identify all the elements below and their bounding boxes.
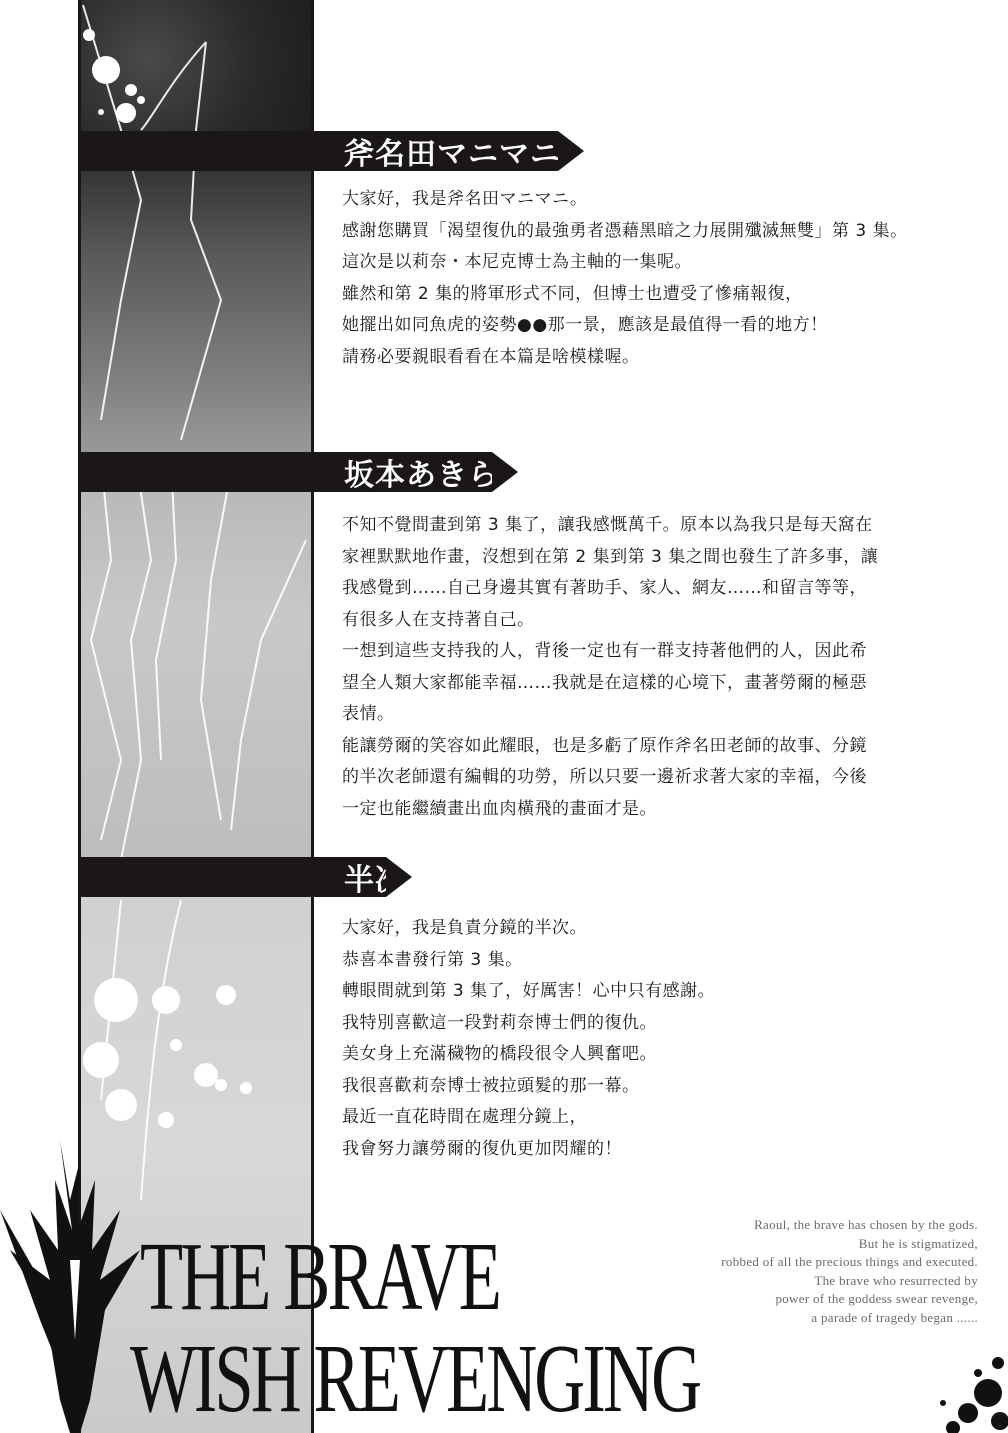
tagline-line: The brave who resurrected by (721, 1272, 978, 1291)
tagline-line: a parade of tragedy began ...... (721, 1309, 978, 1328)
sword-emblem-icon (0, 1140, 150, 1433)
text-line: 望全人類大家都能幸福……我就是在這樣的心境下，畫著勞爾的極惡 (342, 668, 982, 700)
tagline-line: robbed of all the precious things and ex… (721, 1253, 978, 1272)
text-line: 大家好，我是負責分鏡的半次。 (342, 913, 982, 945)
text-line: 雖然和第 2 集的將軍形式不同，但博士也遭受了慘痛報復， (342, 279, 982, 311)
arrow-tip-icon (386, 857, 412, 897)
text-line: 的半次老師還有編輯的功勞，所以只要一邊祈求著大家的幸福，今後 (342, 762, 982, 794)
text-line: 我很喜歡莉奈博士被拉頭髮的那一幕。 (342, 1071, 982, 1103)
text-line: 她擺出如同魚虎的姿勢●●那一景，應該是最值得一看的地方！ (342, 310, 982, 342)
author-name: 斧名田マニマニ (344, 129, 561, 173)
author-header-bar: 斧名田マニマニ (78, 131, 558, 171)
afterword-text-block: 不知不覺間畫到第 3 集了，讓我感慨萬千。原本以為我只是每天窩在 家裡默默地作畫… (342, 510, 982, 825)
text-line: 轉眼間就到第 3 集了，好厲害！心中只有感謝。 (342, 976, 982, 1008)
text-line: 大家好，我是斧名田マニマニ。 (342, 184, 982, 216)
text-line: 恭喜本書發行第 3 集。 (342, 945, 982, 977)
tagline-line: Raoul, the brave has chosen by the gods. (721, 1216, 978, 1235)
text-line: 我感覺到……自己身邊其實有著助手、家人、網友……和留言等等， (342, 573, 982, 605)
afterword-text-block: 大家好，我是斧名田マニマニ。 感謝您購買「渴望復仇的最強勇者憑藉黑暗之力展開殲滅… (342, 184, 982, 373)
text-line: 家裡默默地作畫，沒想到在第 2 集到第 3 集之間也發生了許多事，讓 (342, 542, 982, 574)
text-line: 最近一直花時間在處理分鏡上， (342, 1102, 982, 1134)
text-line: 請務必要親眼看看在本篇是啥模樣喔。 (342, 342, 982, 374)
text-line: 不知不覺間畫到第 3 集了，讓我感慨萬千。原本以為我只是每天窩在 (342, 510, 982, 542)
text-line: 能讓勞爾的笑容如此耀眼，也是多虧了原作斧名田老師的故事、分鏡 (342, 731, 982, 763)
author-header-bar: 坂本あきら (78, 452, 492, 492)
logo-line-1: THE BRAVE (140, 1228, 499, 1326)
text-line: 有很多人在支持著自己。 (342, 605, 982, 637)
text-line: 一想到這些支持我的人，背後一定也有一群支持著他們的人，因此希 (342, 636, 982, 668)
text-line: 一定也能繼續畫出血肉橫飛的畫面才是。 (342, 794, 982, 826)
author-header-bar: 半次 (78, 857, 386, 897)
text-line: 我會努力讓勞爾的復仇更加閃耀的！ (342, 1134, 982, 1166)
arrow-tip-icon (492, 452, 518, 492)
arrow-tip-icon (558, 131, 584, 171)
english-tagline: Raoul, the brave has chosen by the gods.… (721, 1216, 978, 1327)
text-line: 美女身上充滿穢物的橋段很令人興奮吧。 (342, 1039, 982, 1071)
logo-line-2: WISH REVENGING (130, 1330, 699, 1428)
tagline-line: But he is stigmatized, (721, 1235, 978, 1254)
author-name: 坂本あきら (344, 450, 499, 494)
tagline-line: power of the goddess swear revenge, (721, 1290, 978, 1309)
text-line: 感謝您購買「渴望復仇的最強勇者憑藉黑暗之力展開殲滅無雙」第 3 集。 (342, 216, 982, 248)
ink-splatter-icon (928, 1333, 1008, 1433)
text-line: 我特別喜歡這一段對莉奈博士們的復仇。 (342, 1008, 982, 1040)
text-line: 這次是以莉奈・本尼克博士為主軸的一集呢。 (342, 247, 982, 279)
text-line: 表情。 (342, 699, 982, 731)
afterword-text-block: 大家好，我是負責分鏡的半次。 恭喜本書發行第 3 集。 轉眼間就到第 3 集了，… (342, 913, 982, 1165)
